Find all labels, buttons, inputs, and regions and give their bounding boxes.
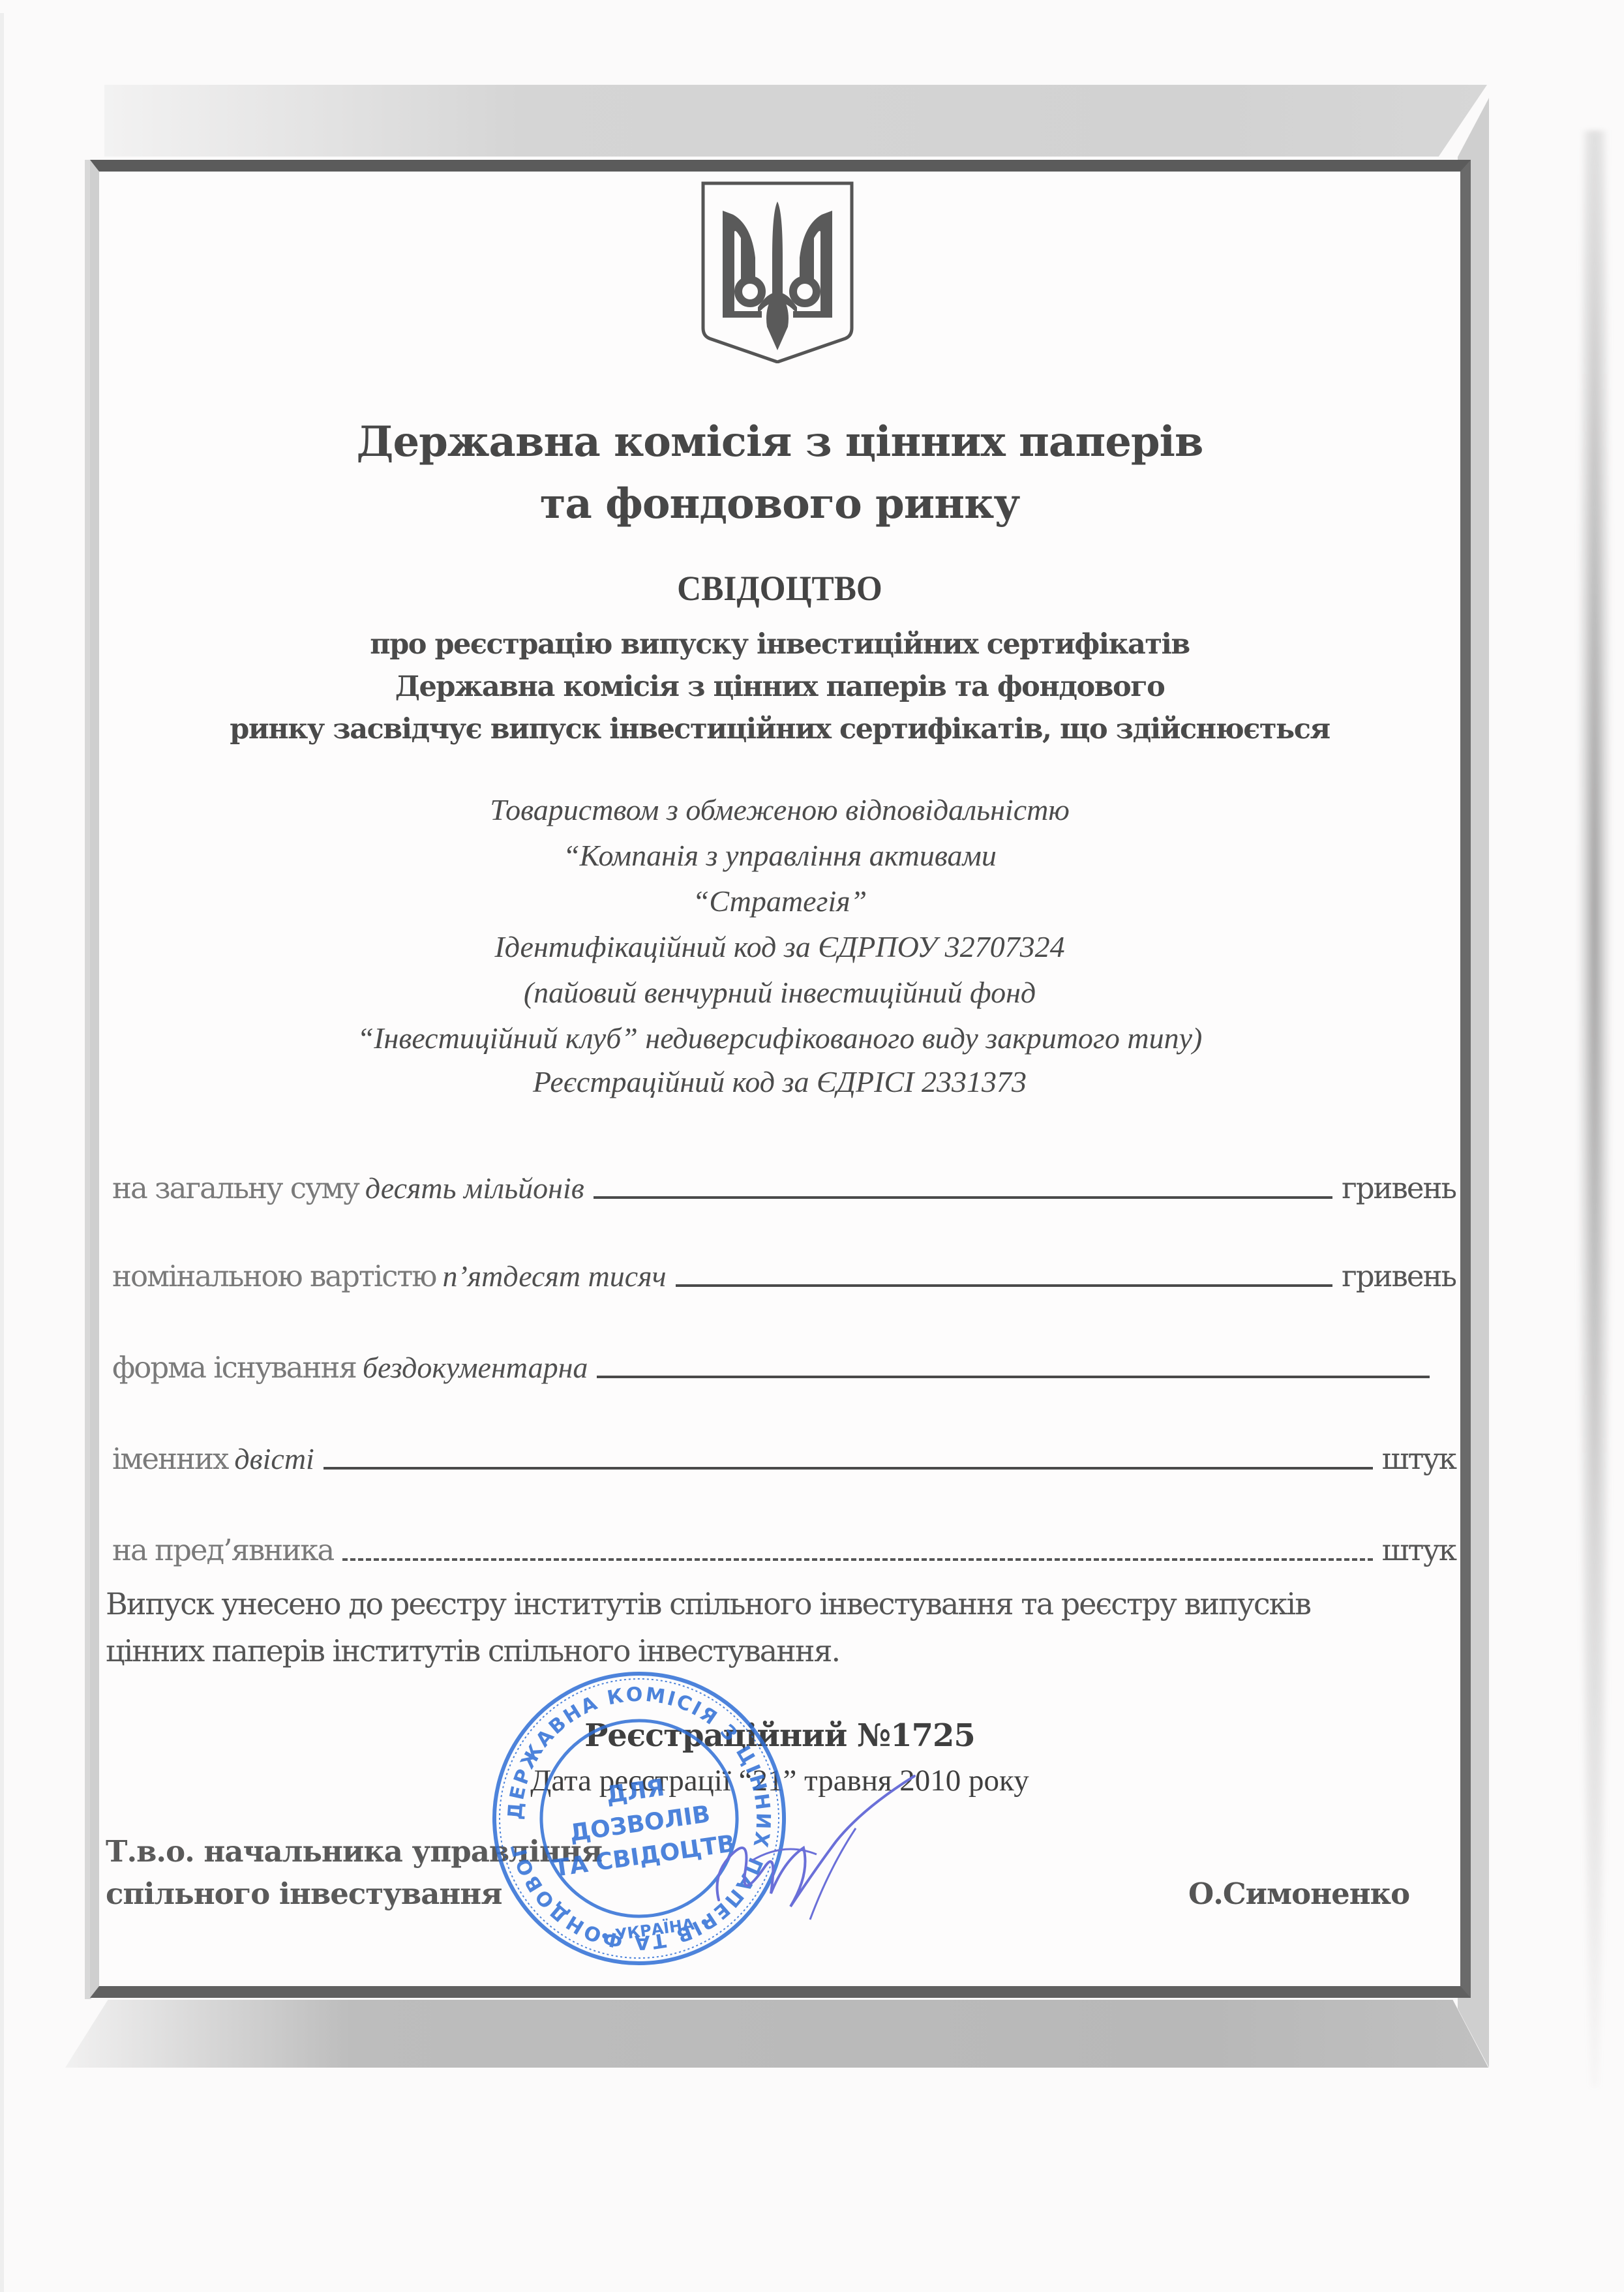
field-value: десять мільйонів	[365, 1171, 584, 1205]
field-value: п’ятдесят тисяч	[442, 1259, 666, 1293]
issuer-title-line-2: та фондового ринку	[99, 472, 1460, 537]
issuer-detail-line-1: Товариством з обмеженою відповідальністю	[99, 791, 1460, 829]
field-nominal-value: номінальною вартістю п’ятдесят тисяч гри…	[112, 1248, 1456, 1293]
registry-note-line-2: цінних паперів інститутів спільного інве…	[106, 1627, 1456, 1674]
subtitle-line-2: Державна комісія з цінних паперів та фон…	[99, 667, 1460, 706]
dashed-fill-line	[342, 1558, 1372, 1561]
issuer-detail-line-2: “Компанія з управління активами	[99, 837, 1460, 875]
fund-type-line-1: (пайовий венчурний інвестиційний фонд	[99, 974, 1460, 1012]
handwritten-signature-icon	[706, 1770, 921, 1926]
fill-line	[676, 1284, 1333, 1287]
issuer-detail-line-3: “Стратегія”	[99, 882, 1460, 920]
field-total-amount: на загальну суму десять мільйонів гривен…	[112, 1160, 1456, 1205]
page-edge	[0, 13, 4, 2292]
field-label: іменних	[112, 1441, 228, 1476]
scan-smudge	[1578, 130, 1611, 2087]
outer-frame-top	[104, 85, 1487, 157]
svg-text:ДЛЯ: ДЛЯ	[605, 1774, 667, 1809]
field-unit: гривень	[1342, 1259, 1456, 1293]
field-label: форма існування	[112, 1350, 356, 1385]
field-registered-count: іменних двісті штук	[112, 1430, 1456, 1476]
field-form-of-existence: форма існування бездокументарна	[112, 1339, 1456, 1385]
field-unit: штук	[1382, 1441, 1456, 1476]
subtitle-line-1: про реєстрацію випуску інвестиційних сер…	[99, 625, 1460, 664]
field-value: двісті	[234, 1441, 314, 1476]
fill-line	[323, 1467, 1373, 1470]
signatory-position-line-2: спільного інвестування	[106, 1874, 502, 1914]
field-bearer-count: на пред’явника штук	[112, 1522, 1456, 1567]
certificate-title: СВІДОЦТВО	[133, 568, 1426, 609]
edrisi-code: Реєстраційний код за ЄДРІСІ 2331373	[99, 1063, 1460, 1101]
field-value: бездокументарна	[363, 1350, 588, 1385]
certificate-body: Державна комісія з цінних паперів та фон…	[99, 172, 1460, 1986]
subtitle-line-3: ринку засвідчує випуск інвестиційних сер…	[99, 710, 1460, 749]
field-unit: штук	[1382, 1533, 1456, 1567]
fill-line	[597, 1376, 1430, 1378]
edrpou-code: Ідентифікаційний код за ЄДРПОУ 32707324	[99, 928, 1460, 966]
issuer-title-line-1: Державна комісія з цінних паперів	[99, 410, 1460, 475]
fund-type-line-2: “Інвестиційний клуб” недиверсифікованого…	[99, 1019, 1460, 1057]
field-unit: гривень	[1342, 1171, 1456, 1205]
field-label: на загальну суму	[112, 1171, 359, 1205]
trident-emblem-icon	[699, 179, 856, 363]
signatory-name: О.Симоненко	[1188, 1874, 1409, 1914]
field-label: на пред’явника	[112, 1533, 333, 1567]
registry-note-line-1: Випуск унесено до реєстру інститутів спі…	[106, 1580, 1456, 1627]
outer-frame-bottom	[65, 2000, 1488, 2068]
field-label: номінальною вартістю	[112, 1259, 436, 1293]
fill-line	[594, 1196, 1332, 1199]
